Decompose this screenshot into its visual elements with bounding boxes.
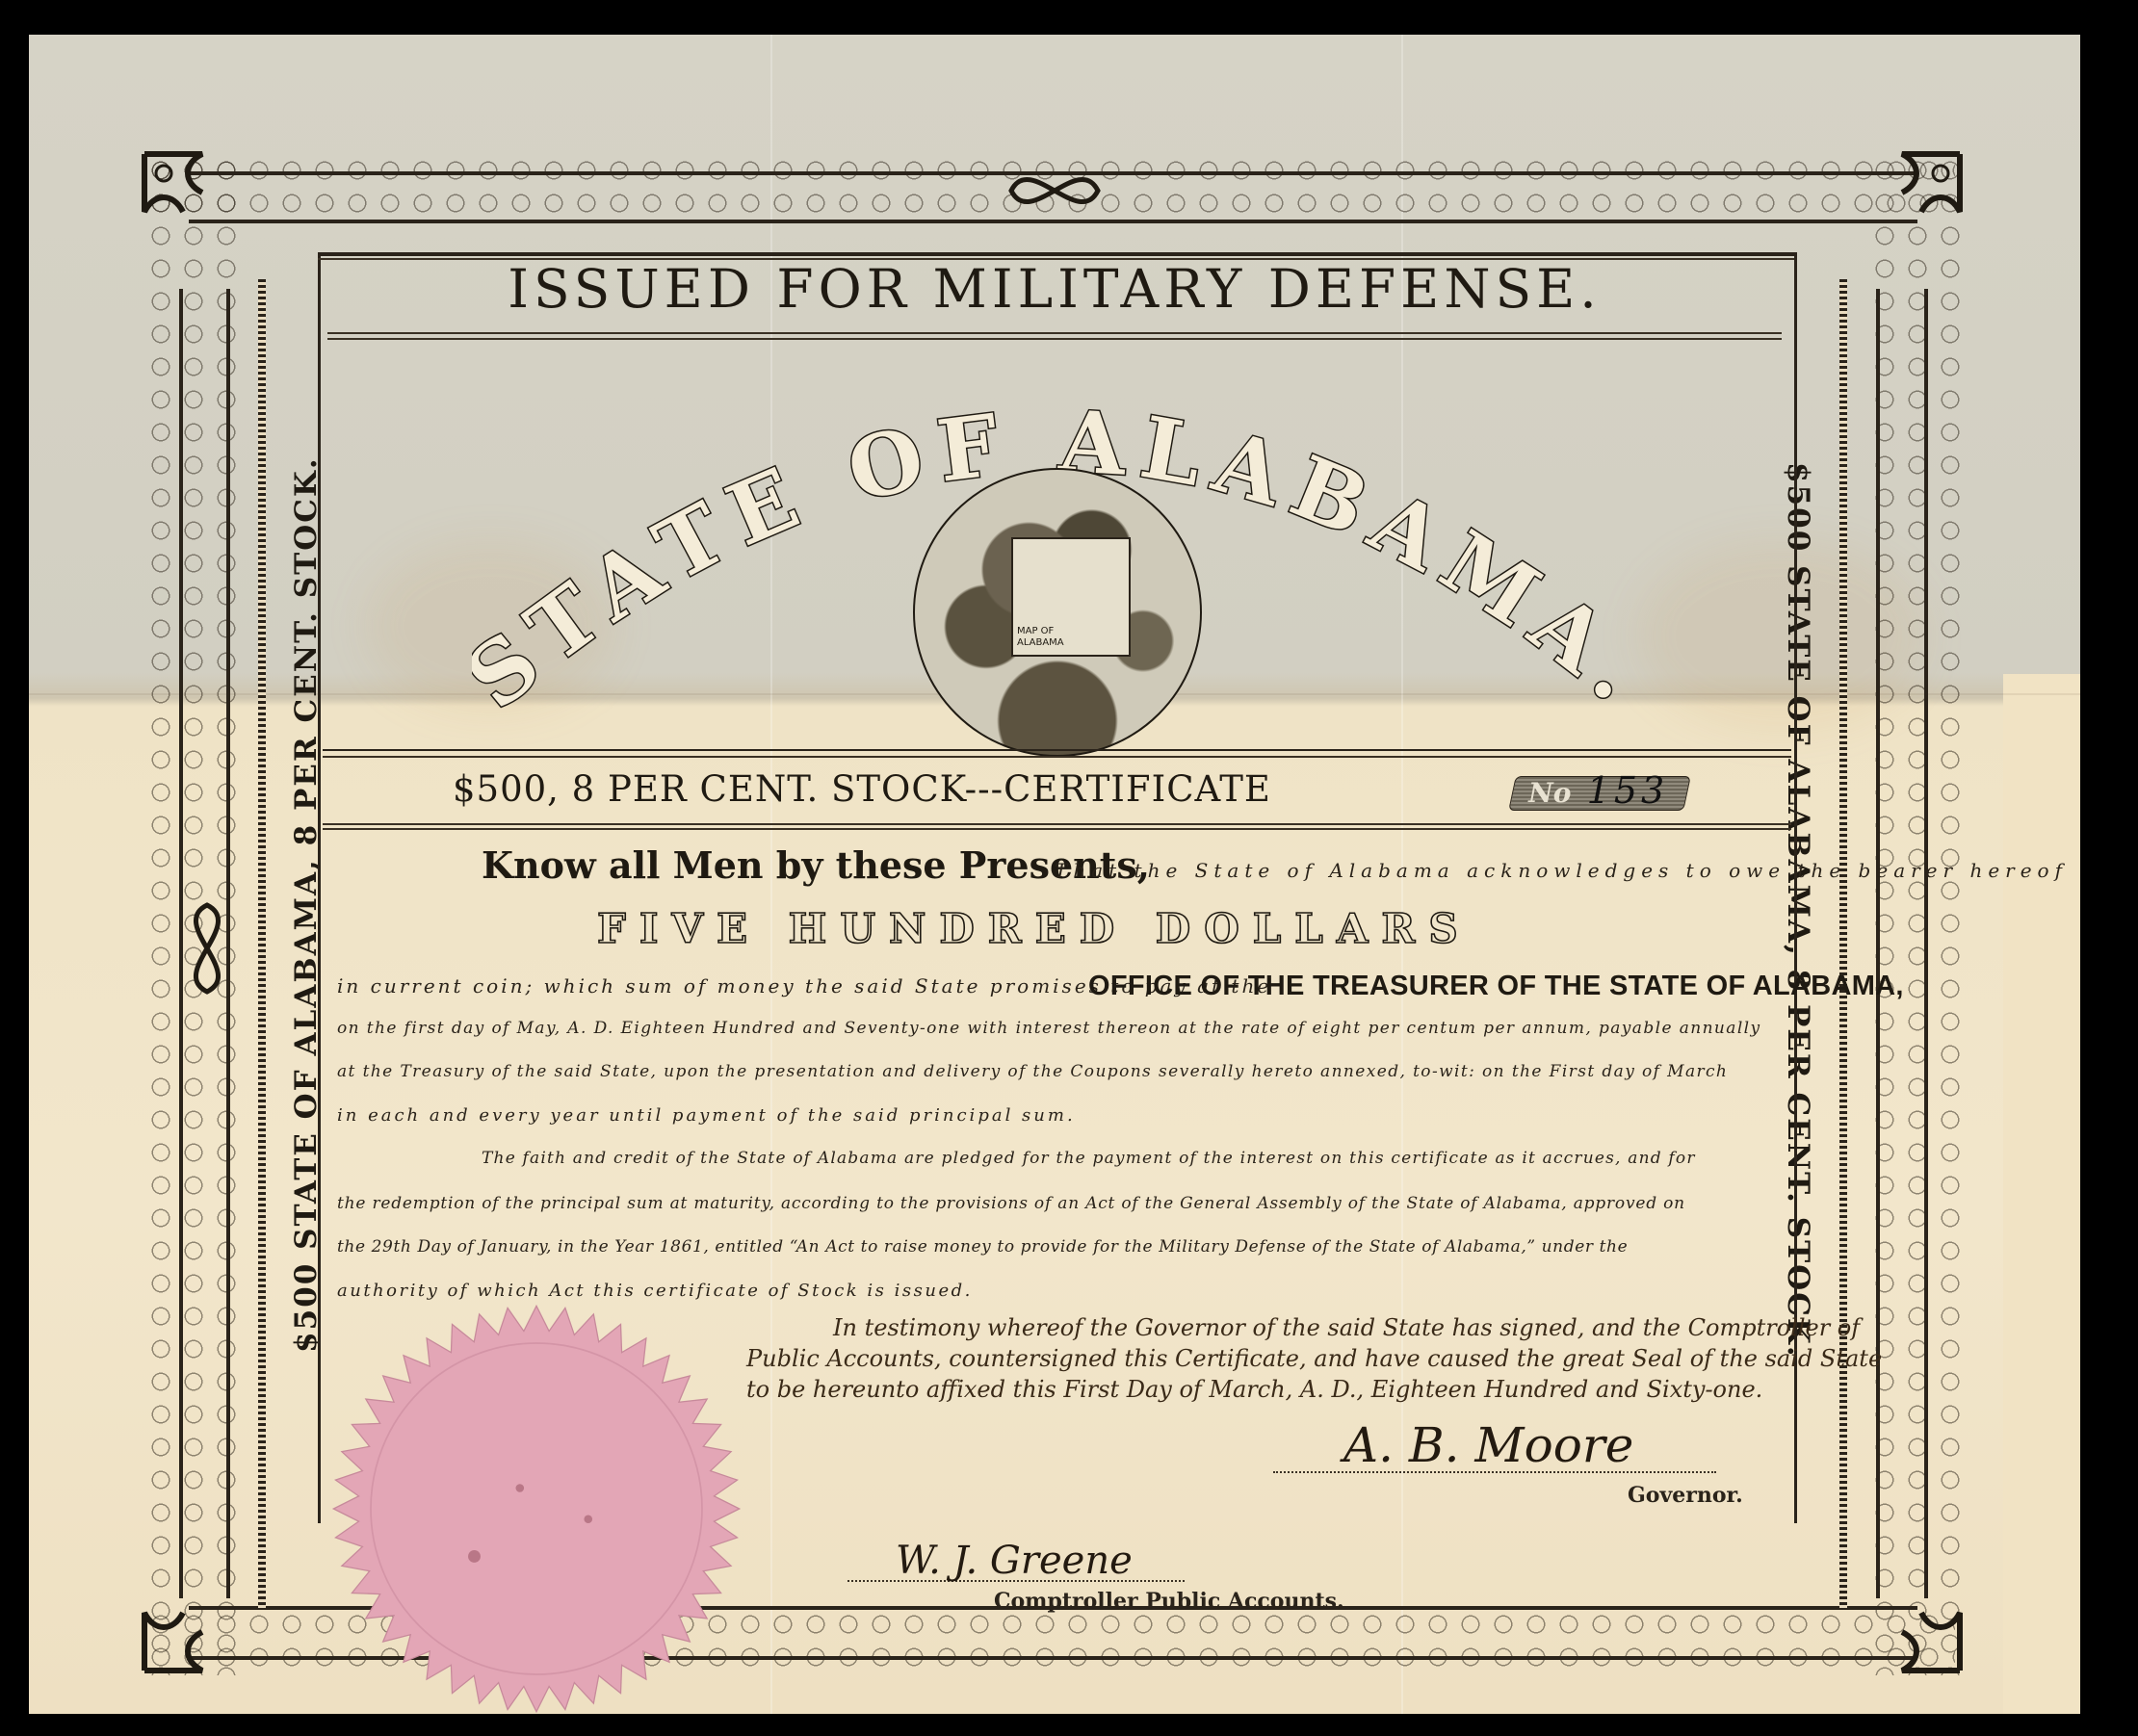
corner-ornament-icon	[135, 144, 250, 260]
testimony-line-2: Public Accounts, countersigned this Cert…	[746, 1345, 1777, 1372]
certificate-number-plate: No 153	[1508, 776, 1691, 811]
border-chain	[258, 279, 266, 1608]
comptroller-title: Comptroller Public Accounts.	[994, 1589, 1344, 1614]
body-line-7: the 29th Day of January, in the Year 186…	[337, 1237, 1782, 1257]
border-chain	[1839, 279, 1847, 1608]
treasurer-office: OFFICE OF THE TREASURER OF THE STATE OF …	[1088, 971, 1904, 1002]
map-of-alabama-vignette: MAP OF ALABAMA	[913, 468, 1202, 757]
map-label-line1: MAP OF	[1017, 626, 1064, 637]
border-vine-right	[1868, 154, 1960, 1675]
certificate-line: $500, 8 PER CENT. STOCK---CERTIFICATE	[453, 768, 1271, 810]
corner-ornament-icon	[1854, 144, 1969, 260]
body-line-8: authority of which Act this certificate …	[337, 1281, 1782, 1301]
page-title: ISSUED FOR MILITARY DEFENSE.	[318, 258, 1791, 320]
corner-ornament-icon	[135, 1565, 250, 1680]
border-rail	[1924, 289, 1928, 1598]
corner-ornament-icon	[1854, 1565, 1969, 1680]
body-line-5: The faith and credit of the State of Ala…	[482, 1149, 1926, 1168]
map-label-line2: ALABAMA	[1017, 637, 1064, 649]
comptroller-signature: W. J. Greene	[896, 1539, 1133, 1583]
amount-text: FIVE HUNDRED DOLLARS	[597, 905, 1472, 952]
rule	[323, 756, 1791, 758]
map-label: MAP OF ALABAMA	[1017, 626, 1064, 649]
rule	[318, 252, 1794, 256]
number-prefix: No	[1528, 777, 1571, 809]
body-line-4: in each and every year until payment of …	[337, 1105, 1782, 1126]
top-center-knot-icon	[1002, 152, 1108, 229]
body-line-2: on the first day of May, A. D. Eighteen …	[337, 1019, 1782, 1038]
map-scroll: MAP OF ALABAMA	[1011, 537, 1131, 657]
paper-edge	[2003, 674, 2080, 1714]
governor-signature: A. B. Moore	[1343, 1417, 1633, 1473]
body-line-3: at the Treasury of the said State, upon …	[337, 1062, 1782, 1081]
left-center-knot-icon	[169, 895, 246, 1001]
state-seal-icon	[329, 1302, 743, 1716]
body-line-6: the redemption of the principal sum at m…	[337, 1194, 1782, 1213]
rule	[323, 749, 1791, 751]
border-rail	[1876, 289, 1880, 1598]
testimony-line-1: In testimony whereof the Governor of the…	[833, 1314, 1864, 1341]
rule	[323, 828, 1791, 830]
rule	[327, 332, 1782, 334]
know-all-men-heading: Know all Men by these Presents,	[482, 843, 1150, 887]
acknowledgement-text: That the State of Alabama acknowledges t…	[1055, 859, 2068, 882]
testimony-line-3: to be hereunto affixed this First Day of…	[746, 1376, 1777, 1403]
certificate-number: 153	[1587, 769, 1669, 812]
governor-title: Governor.	[1628, 1483, 1743, 1508]
rule	[323, 823, 1791, 825]
rule	[327, 338, 1782, 340]
